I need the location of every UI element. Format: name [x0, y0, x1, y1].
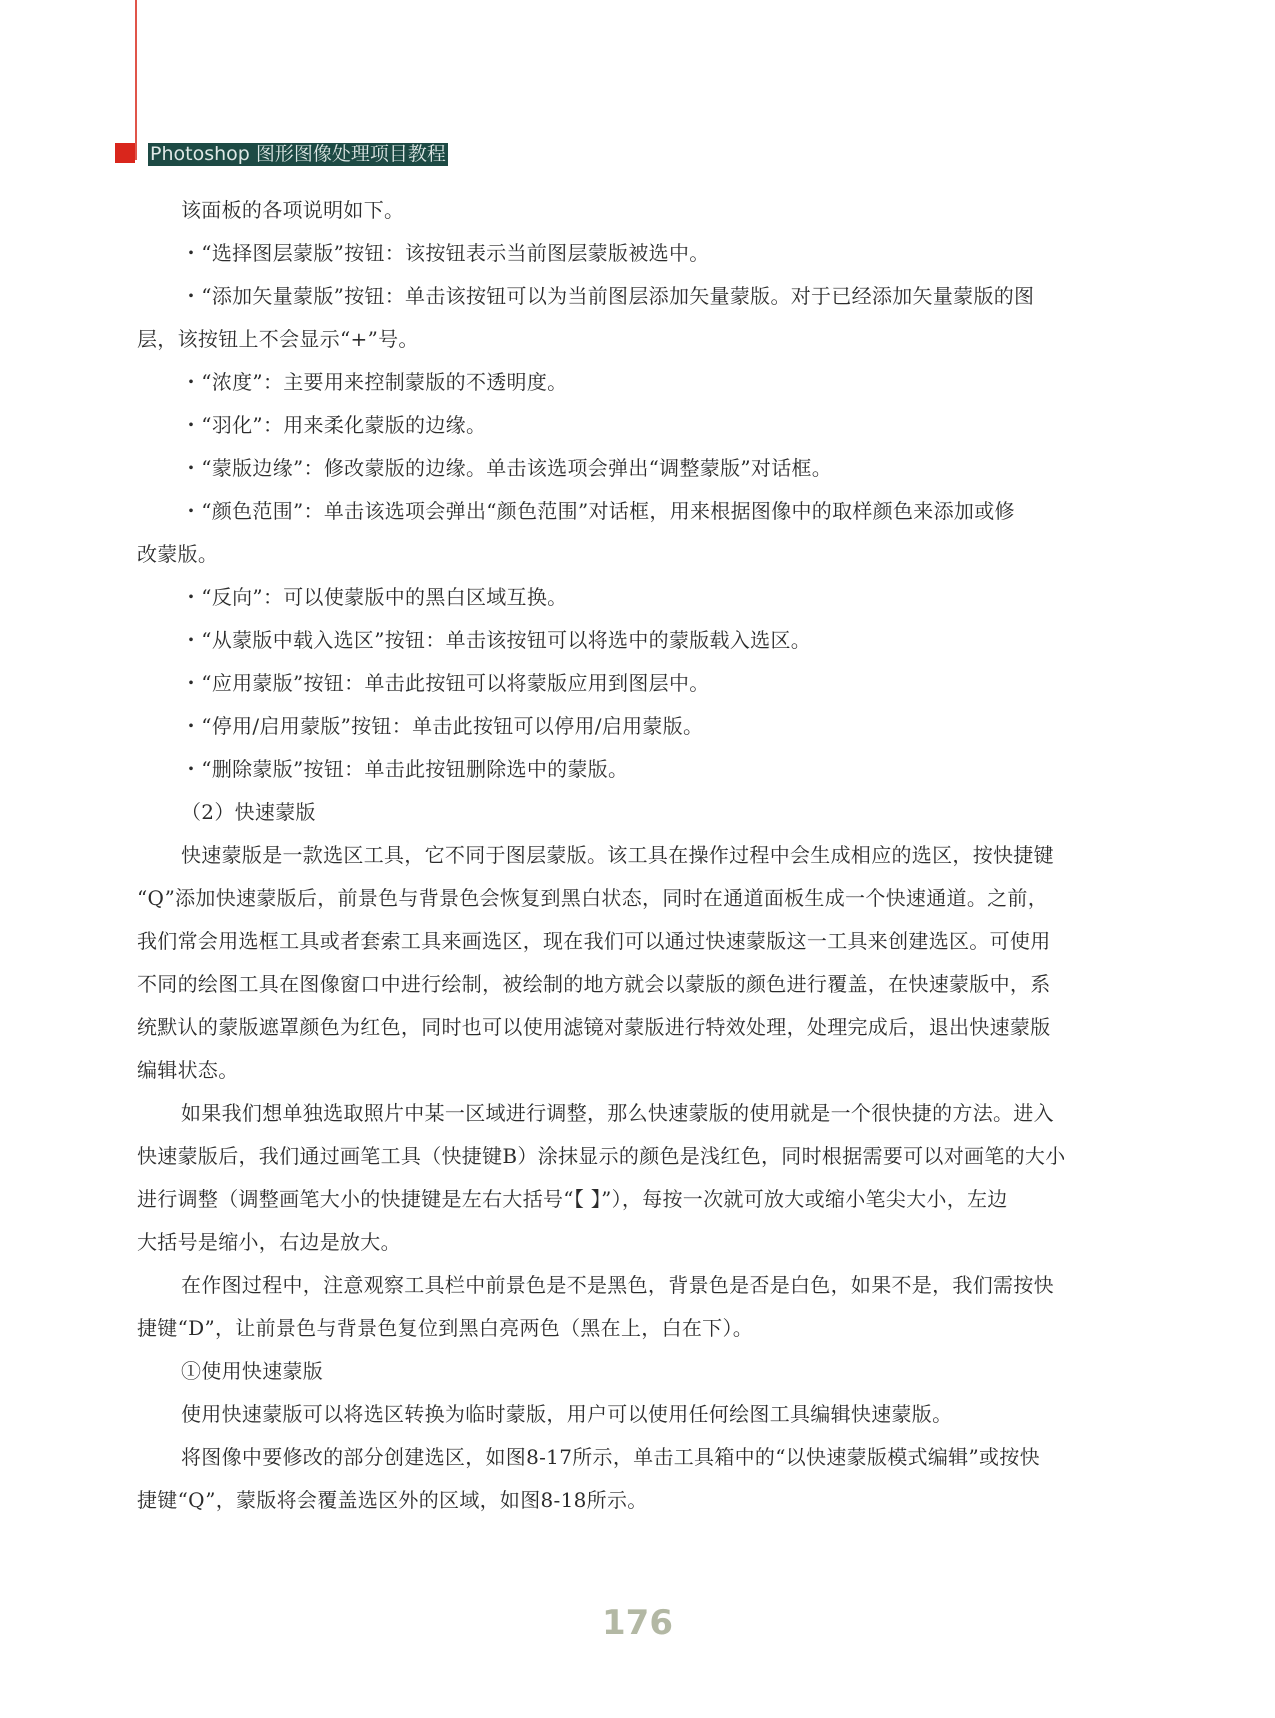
bullet-item: ・“停用/启用蒙版”按钮：单击此按钮可以停用/启用蒙版。 — [137, 705, 1147, 748]
paragraph-line: 在作图过程中，注意观察工具栏中前景色是不是黑色，背景色是否是白色，如果不是，我们… — [137, 1264, 1147, 1307]
paragraph-line: 快速蒙版后，我们通过画笔工具（快捷键B）涂抹显示的颜色是浅红色，同时根据需要可以… — [137, 1135, 1147, 1178]
bullet-item: ・“从蒙版中载入选区”按钮：单击该按钮可以将选中的蒙版载入选区。 — [137, 619, 1147, 662]
paragraph-line: 将图像中要修改的部分创建选区，如图8-17所示，单击工具箱中的“以快速蒙版模式编… — [137, 1436, 1147, 1479]
paragraph-line: 统默认的蒙版遮罩颜色为红色，同时也可以使用滤镜对蒙版进行特效处理，处理完成后，退… — [137, 1006, 1147, 1049]
bullet-item: ・“添加矢量蒙版”按钮：单击该按钮可以为当前图层添加矢量蒙版。对于已经添加矢量蒙… — [137, 275, 1147, 318]
paragraph-line: 大括号是缩小，右边是放大。 — [137, 1221, 1147, 1264]
bullet-item: ・“蒙版边缘”：修改蒙版的边缘。单击该选项会弹出“调整蒙版”对话框。 — [137, 447, 1147, 490]
bullet-item: ・“浓度”：主要用来控制蒙版的不透明度。 — [137, 361, 1147, 404]
body-text: 该面板的各项说明如下。 ・“选择图层蒙版”按钮：该按钮表示当前图层蒙版被选中。 … — [137, 189, 1147, 1522]
paragraph-line: 进行调整（调整画笔大小的快捷键是左右大括号“【 】”），每按一次就可放大或缩小笔… — [137, 1178, 1147, 1221]
subsection-heading: ①使用快速蒙版 — [137, 1350, 1147, 1393]
bullet-item: ・“反向”：可以使蒙版中的黑白区域互换。 — [137, 576, 1147, 619]
paragraph-line: 不同的绘图工具在图像窗口中进行绘制，被绘制的地方就会以蒙版的颜色进行覆盖，在快速… — [137, 963, 1147, 1006]
header-rule-line — [135, 0, 137, 160]
bullet-item: ・“删除蒙版”按钮：单击此按钮删除选中的蒙版。 — [137, 748, 1147, 791]
paragraph-line: 编辑状态。 — [137, 1049, 1147, 1092]
book-title: Photoshop 图形图像处理项目教程 — [148, 143, 448, 166]
text-line: 该面板的各项说明如下。 — [137, 189, 1147, 232]
paragraph-line: 使用快速蒙版可以将选区转换为临时蒙版，用户可以使用任何绘图工具编辑快速蒙版。 — [137, 1393, 1147, 1436]
bullet-item: ・“选择图层蒙版”按钮：该按钮表示当前图层蒙版被选中。 — [137, 232, 1147, 275]
header-accent-square — [115, 143, 135, 163]
page-number: 176 — [0, 1603, 1275, 1643]
paragraph-line: 我们常会用选框工具或者套索工具来画选区，现在我们可以通过快速蒙版这一工具来创建选… — [137, 920, 1147, 963]
bullet-item: ・“应用蒙版”按钮：单击此按钮可以将蒙版应用到图层中。 — [137, 662, 1147, 705]
text-line: 改蒙版。 — [137, 533, 1147, 576]
paragraph-line: 捷键“Q”，蒙版将会覆盖选区外的区域，如图8-18所示。 — [137, 1479, 1147, 1522]
bullet-item: ・“颜色范围”：单击该选项会弹出“颜色范围”对话框，用来根据图像中的取样颜色来添… — [137, 490, 1147, 533]
section-heading: （2）快速蒙版 — [137, 791, 1147, 834]
paragraph-line: 捷键“D”，让前景色与背景色复位到黑白亮两色（黑在上，白在下）。 — [137, 1307, 1147, 1350]
text-line: 层，该按钮上不会显示“+”号。 — [137, 318, 1147, 361]
paragraph-line: “Q”添加快速蒙版后，前景色与背景色会恢复到黑白状态，同时在通道面板生成一个快速… — [137, 877, 1147, 920]
paragraph-line: 如果我们想单独选取照片中某一区域进行调整，那么快速蒙版的使用就是一个很快捷的方法… — [137, 1092, 1147, 1135]
paragraph-line: 快速蒙版是一款选区工具，它不同于图层蒙版。该工具在操作过程中会生成相应的选区，按… — [137, 834, 1147, 877]
bullet-item: ・“羽化”：用来柔化蒙版的边缘。 — [137, 404, 1147, 447]
